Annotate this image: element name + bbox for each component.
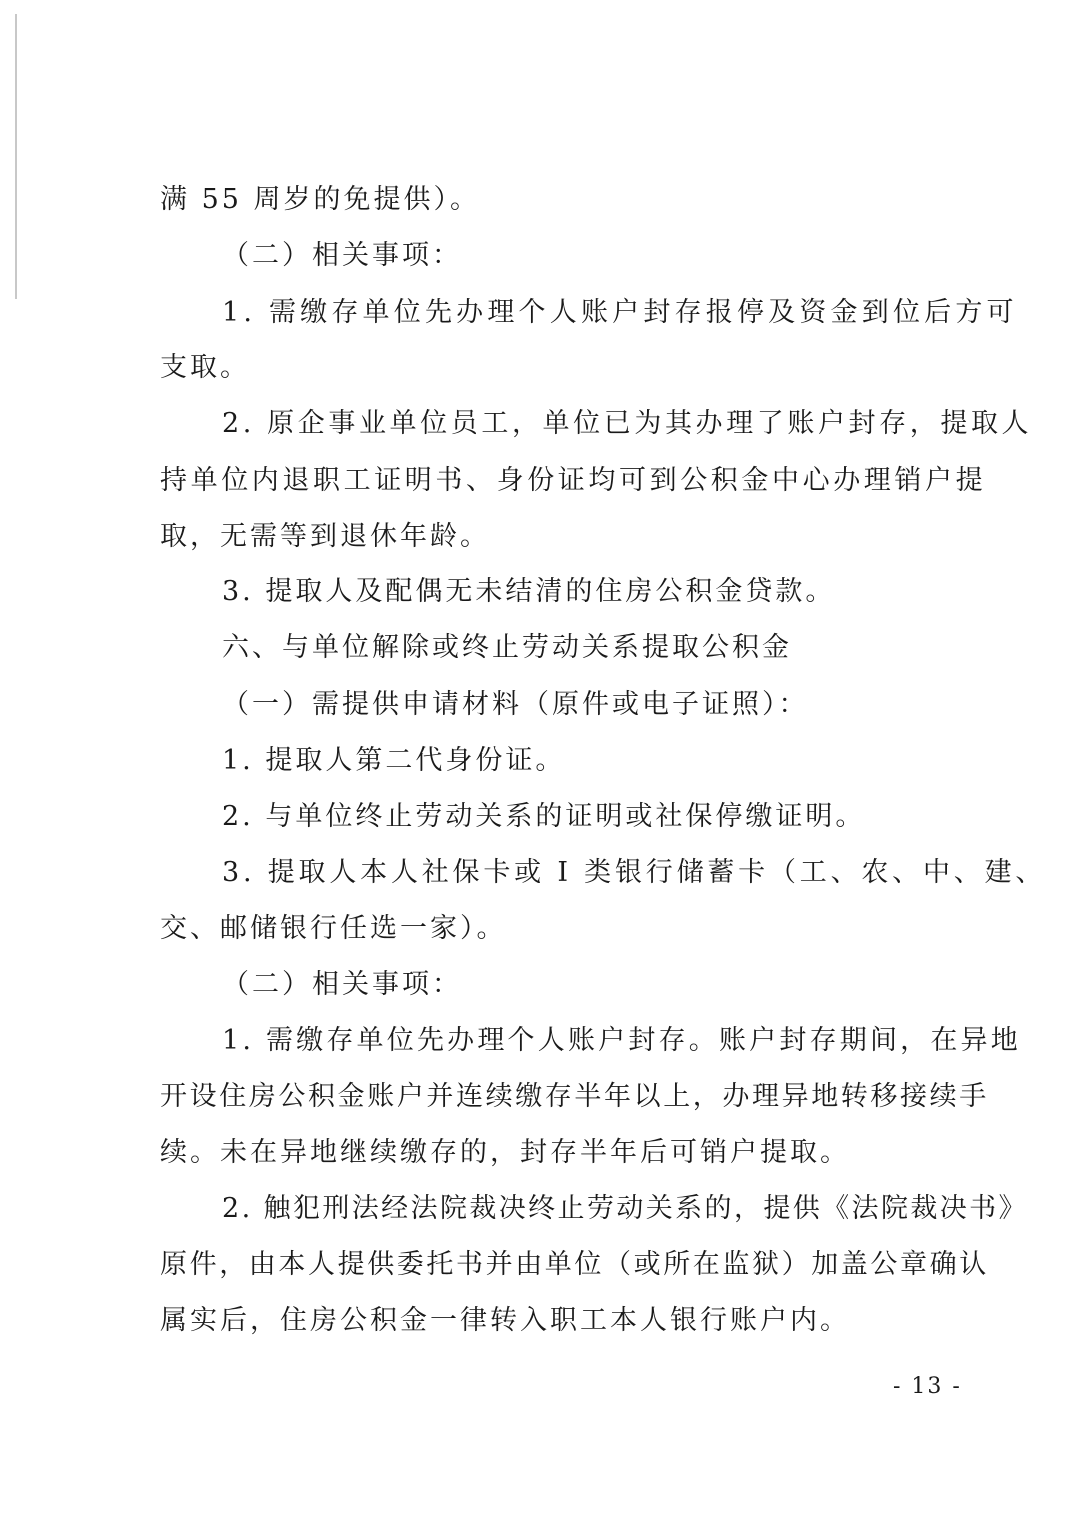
material-item-2: 2. 与单位终止劳动关系的证明或社保停缴证明。 — [222, 797, 865, 837]
subheading-related-matters: （二）相关事项： — [222, 236, 462, 276]
paragraph-item-3: 3. 提取人及配偶无未结清的住房公积金贷款。 — [222, 572, 835, 612]
section-heading-six: 六、与单位解除或终止劳动关系提取公积金 — [222, 628, 792, 668]
matter-item-2: 2. 触犯刑法经法院裁决终止劳动关系的，提供《法院裁决书》 — [222, 1189, 1028, 1229]
subheading-required-materials: （一）需提供申请材料（原件或电子证照）： — [222, 685, 809, 725]
paragraph-item-2-cont: 持单位内退职工证明书、身份证均可到公积金中心办理销户提 — [160, 461, 986, 501]
paragraph-item-1-cont: 支取。 — [160, 348, 250, 388]
matter-item-1-cont2: 续。未在异地继续缴存的，封存半年后可销户提取。 — [160, 1133, 850, 1173]
paragraph-item-2-cont2: 取，无需等到退休年龄。 — [160, 517, 490, 557]
paragraph-item-2: 2. 原企事业单位员工，单位已为其办理了账户封存，提取人 — [222, 404, 1032, 444]
material-item-1: 1. 提取人第二代身份证。 — [222, 741, 565, 781]
material-item-3-cont: 交、邮储银行任选一家）。 — [160, 909, 507, 949]
paragraph-item-1: 1. 需缴存单位先办理个人账户封存报停及资金到位后方可 — [222, 293, 1018, 333]
matter-item-2-cont: 原件，由本人提供委托书并由单位（或所在监狱）加盖公章确认 — [160, 1245, 989, 1285]
text-line-continuation: 满 55 周岁的免提供）。 — [160, 180, 480, 220]
matter-item-2-cont2: 属实后，住房公积金一律转入职工本人银行账户内。 — [160, 1301, 850, 1341]
scan-edge-line — [15, 14, 17, 299]
matter-item-1-cont: 开设住房公积金账户并连续缴存半年以上，办理异地转移接续手 — [160, 1077, 989, 1117]
subheading-related-matters-2: （二）相关事项： — [222, 965, 462, 1005]
material-item-3: 3. 提取人本人社保卡或 I 类银行储蓄卡（工、农、中、建、 — [222, 853, 1046, 893]
page-number: - 13 - — [893, 1372, 962, 1402]
matter-item-1: 1. 需缴存单位先办理个人账户封存。账户封存期间，在异地 — [222, 1021, 1021, 1061]
